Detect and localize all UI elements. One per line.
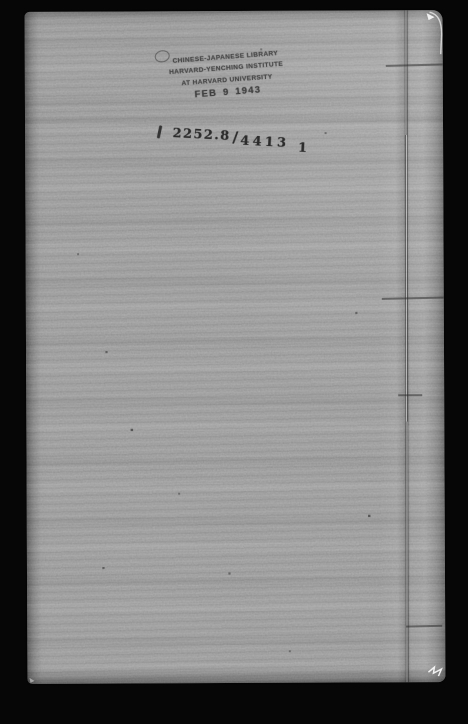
crease-mark — [398, 394, 422, 396]
page-edge-shading — [25, 10, 446, 684]
call-number-group2: 4413 — [240, 134, 290, 152]
call-number-separator: / — [232, 128, 240, 146]
scanned-book-page: CHINESE-JAPANESE LIBRARY HARVARD-YENCHIN… — [25, 10, 446, 684]
library-stamp: CHINESE-JAPANESE LIBRARY HARVARD-YENCHIN… — [166, 48, 287, 104]
call-number-group1: 2252.8 — [172, 126, 231, 144]
tally-tick-mark — [157, 125, 162, 138]
paper-speck-dots — [25, 12, 26, 13]
scanner-background: CHINESE-JAPANESE LIBRARY HARVARD-YENCHIN… — [0, 0, 468, 724]
copy-number: 1 — [298, 141, 309, 157]
